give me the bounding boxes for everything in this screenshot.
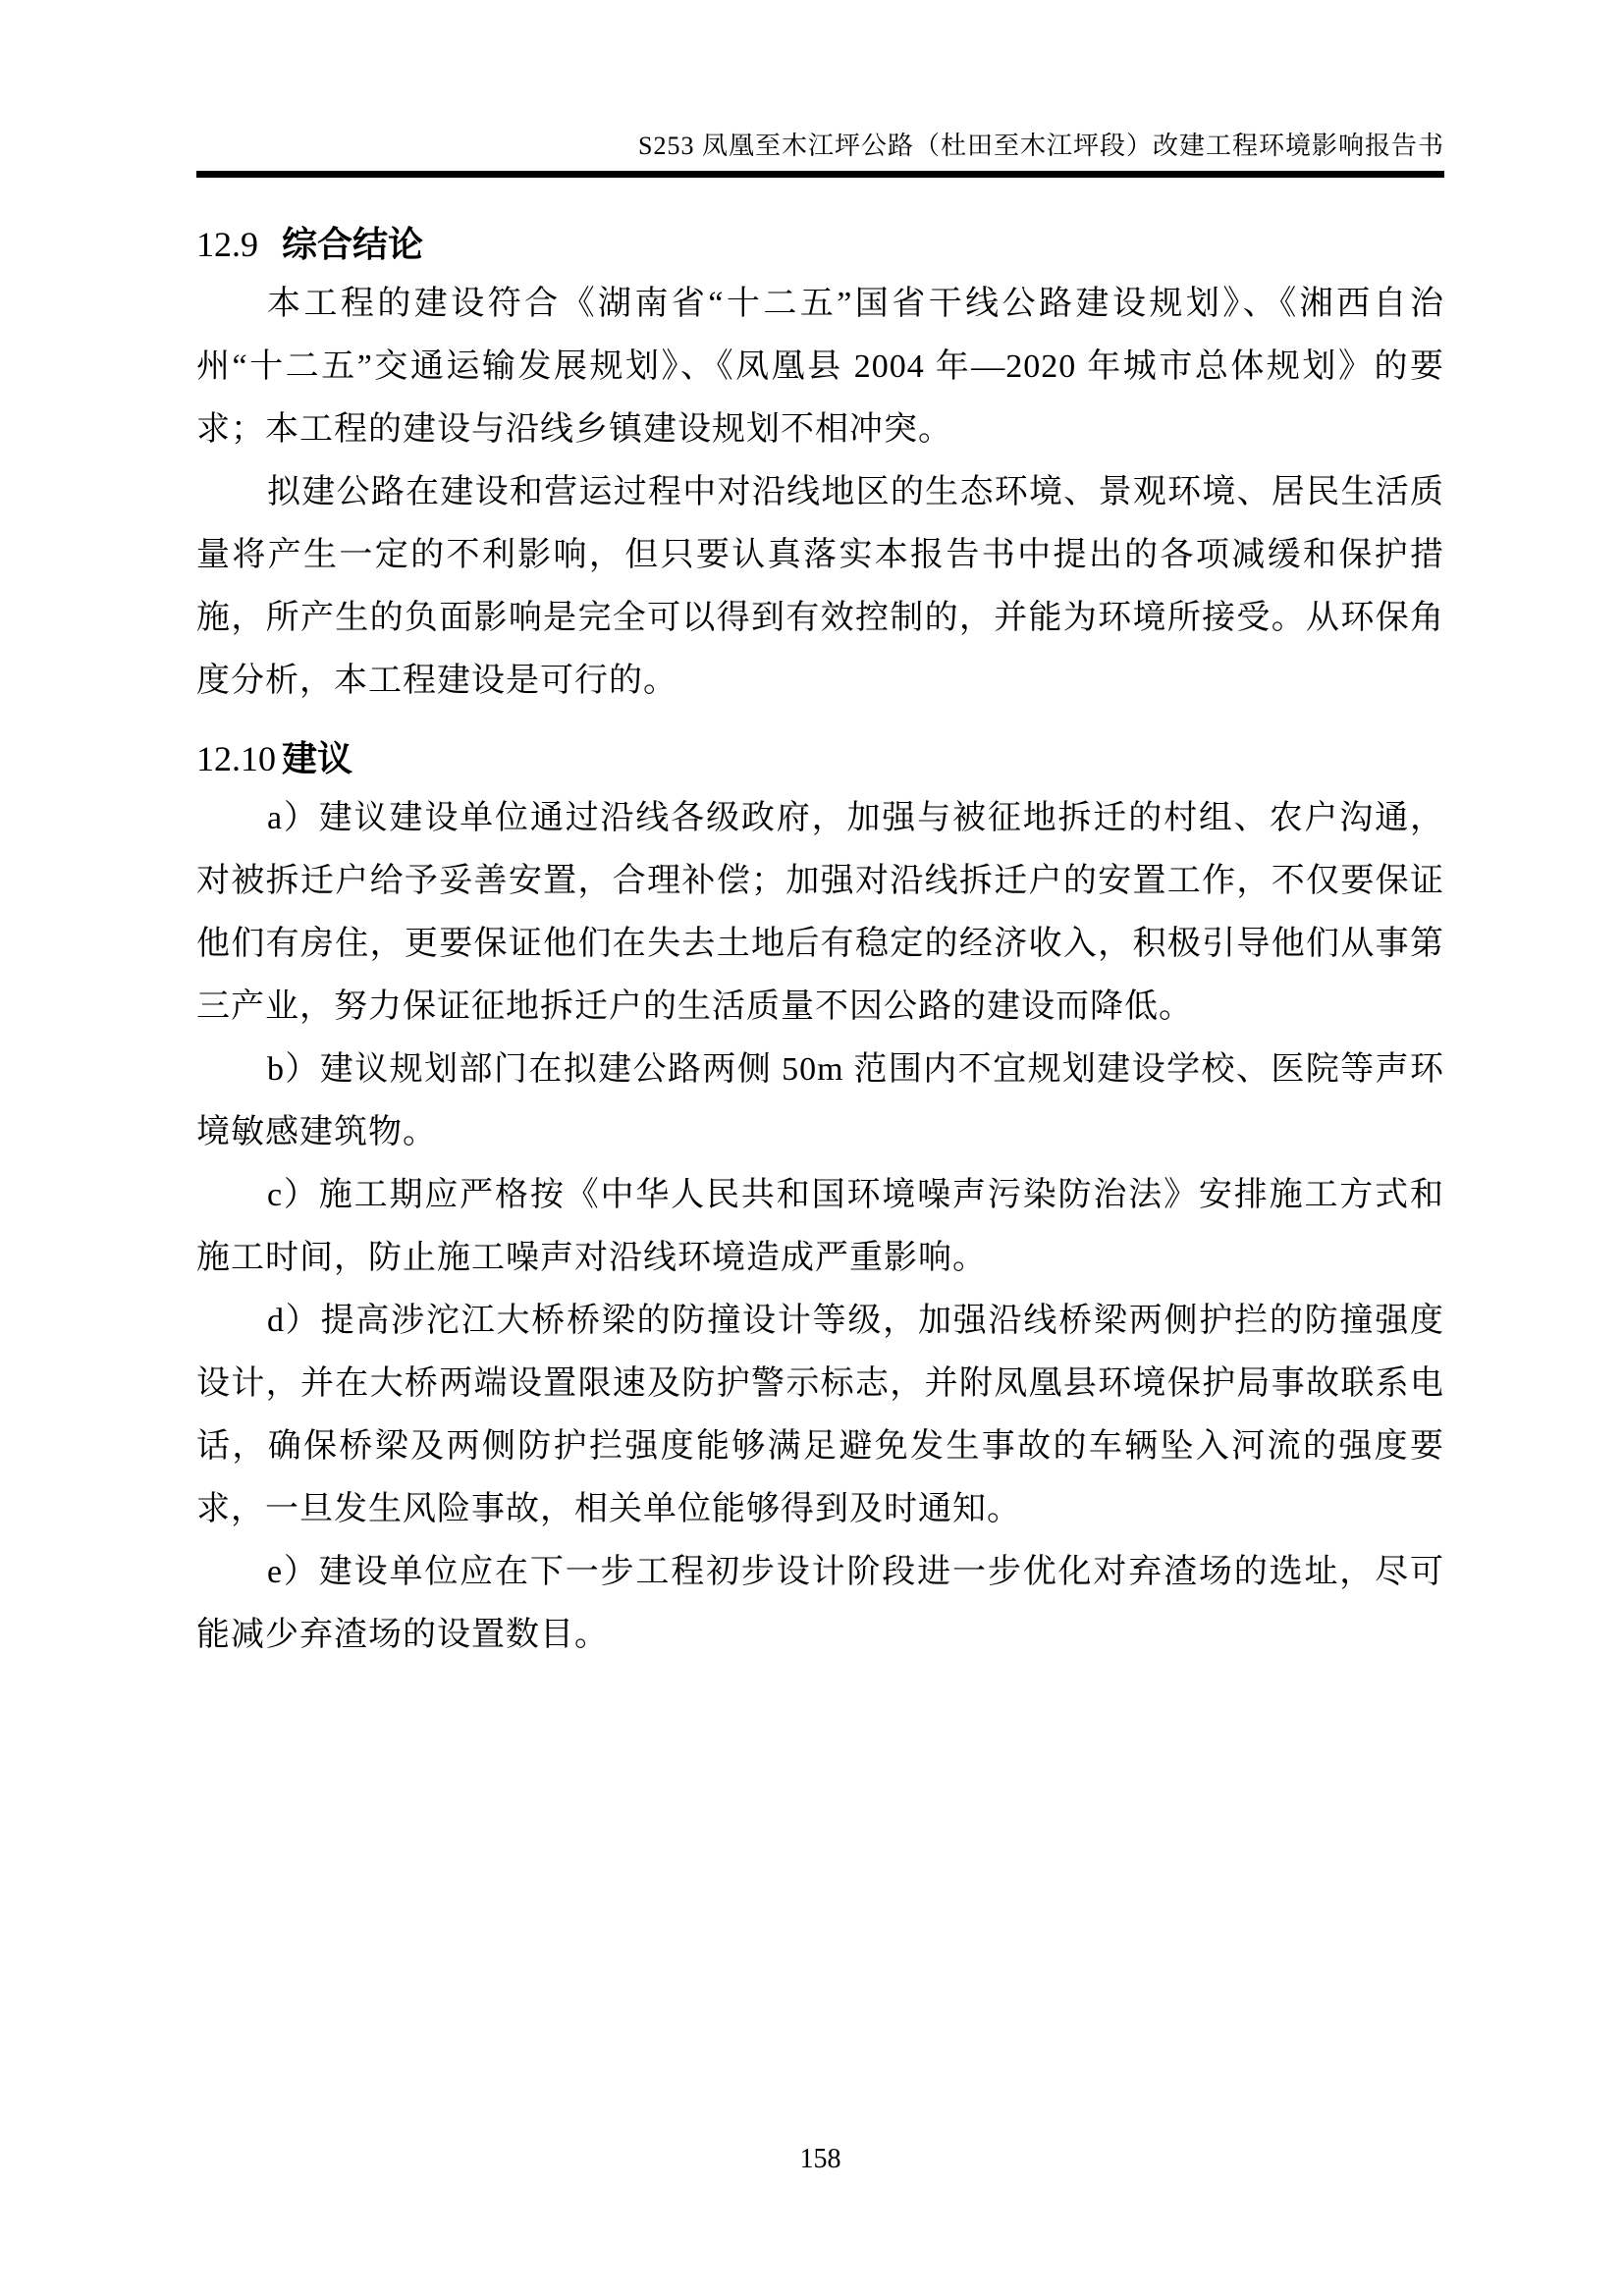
- running-header-title: S253 凤凰至木江坪公路（杜田至木江坪段）改建工程环境影响报告书: [638, 132, 1444, 160]
- page-number: 158: [800, 2144, 841, 2174]
- paragraph-suggestion-c: c）施工期应严格按《中华人民共和国环境噪声污染防治法》安排施工方式和施工时间，防…: [196, 1164, 1444, 1290]
- paragraph-suggestion-b: b）建议规划部门在拟建公路两侧 50m 范围内不宜规划建设学校、医院等声环境敏感…: [196, 1039, 1444, 1164]
- section-number: 12.10: [196, 739, 276, 778]
- paragraph-suggestion-d: d）提高涉沱江大桥桥梁的防撞设计等级，加强沿线桥梁两侧护拦的防撞强度设计，并在大…: [196, 1290, 1444, 1541]
- page-footer: 158: [196, 2142, 1444, 2177]
- paragraph-suggestion-a: a）建议建设单位通过沿线各级政府，加强与被征地拆迁的村组、农户沟通，对被拆迁户给…: [196, 787, 1444, 1039]
- section-heading-12-10: 12.10建议: [196, 730, 1444, 787]
- section-number: 12.9: [196, 225, 258, 264]
- section-title: 综合结论: [282, 225, 423, 264]
- paragraph-conclusion-2: 拟建公路在建设和营运过程中对沿线地区的生态环境、景观环境、居民生活质量将产生一定…: [196, 461, 1444, 713]
- paragraph-suggestion-e: e）建设单位应在下一步工程初步设计阶段进一步优化对弃渣场的选址，尽可能减少弃渣场…: [196, 1541, 1444, 1667]
- section-heading-12-9: 12.9综合结论: [196, 216, 1444, 273]
- section-title: 建议: [282, 739, 352, 778]
- paragraph-conclusion-1: 本工程的建设符合《湖南省“十二五”国省干线公路建设规划》、《湘西自治州“十二五”…: [196, 273, 1444, 461]
- document-body: 12.9综合结论 本工程的建设符合《湖南省“十二五”国省干线公路建设规划》、《湘…: [196, 216, 1444, 1667]
- document-page: S253 凤凰至木江坪公路（杜田至木江坪段）改建工程环境影响报告书 12.9综合…: [0, 0, 1624, 2296]
- running-header: S253 凤凰至木江坪公路（杜田至木江坪段）改建工程环境影响报告书: [196, 128, 1444, 178]
